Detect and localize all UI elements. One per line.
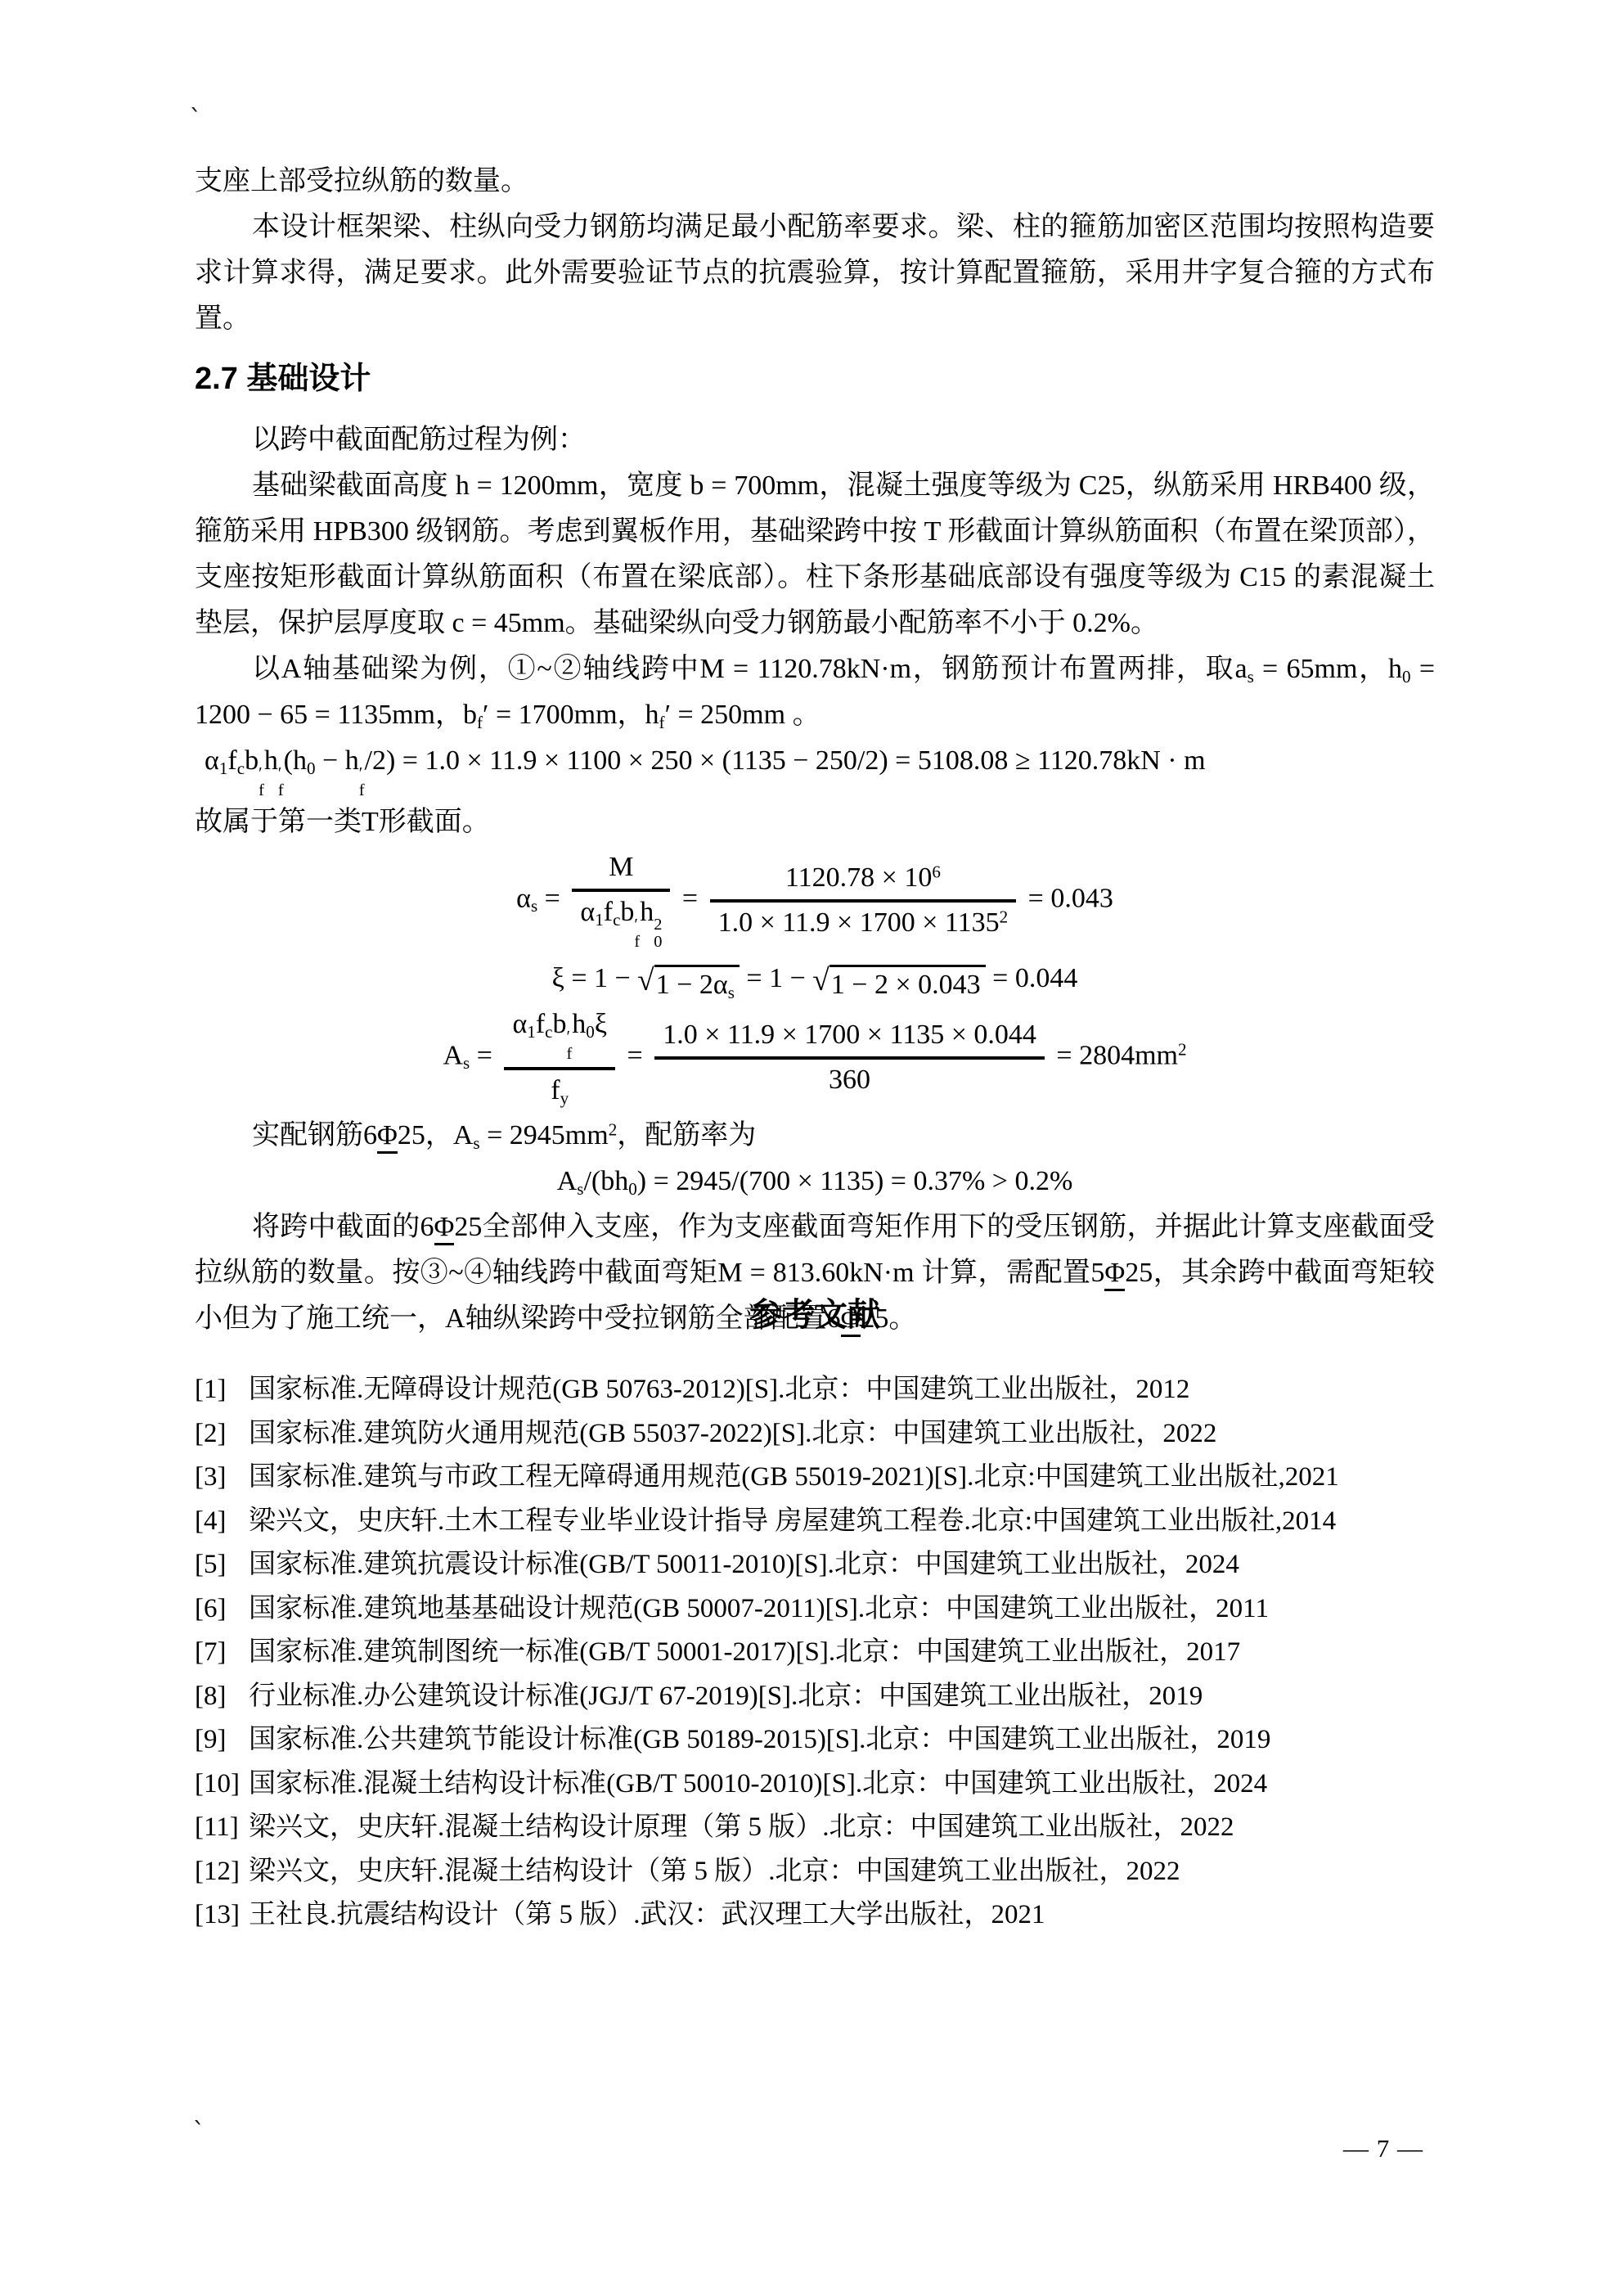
reference-item: [2]国家标准.建筑防火通用规范(GB 55037-2022)[S].北京：中国…: [195, 1412, 1435, 1456]
reference-item: [8]行业标准.办公建筑设计标准(JGJ/T 67-2019)[S].北京：中国…: [195, 1675, 1435, 1719]
reference-text: 行业标准.办公建筑设计标准(JGJ/T 67-2019)[S].北京：中国建筑工…: [249, 1675, 1435, 1719]
reference-number: [6]: [195, 1587, 249, 1632]
equation-xi: ξ = 1 − √1 − 2αs = 1 − √1 − 2 × 0.043 = …: [195, 956, 1435, 1002]
document-page: ` 支座上部受拉纵筋的数量。 本设计框架梁、柱纵向受力钢筋均满足最小配筋率要求。…: [0, 0, 1623, 2296]
reference-text: 国家标准.无障碍设计规范(GB 50763-2012)[S].北京：中国建筑工业…: [249, 1368, 1435, 1412]
paragraph-design-summary: 本设计框架梁、柱纵向受力钢筋均满足最小配筋率要求。梁、柱的箍筋加密区范围均按照构…: [195, 205, 1435, 342]
equation-alpha-s: αs = Mα1fcb′fh20 = 1120.78 × 1061.0 × 11…: [195, 850, 1435, 951]
reference-number: [13]: [195, 1893, 249, 1938]
reference-text: 王社良.抗震结构设计（第 5 版）.武汉：武汉理工大学出版社，2021: [249, 1893, 1435, 1938]
reference-number: [8]: [195, 1675, 249, 1719]
paragraph-example-intro: 以跨中截面配筋过程为例：: [195, 417, 1435, 463]
reference-item: [10]国家标准.混凝土结构设计标准(GB/T 50010-2010)[S].北…: [195, 1763, 1435, 1807]
reference-item: [5]国家标准.建筑抗震设计标准(GB/T 50011-2010)[S].北京：…: [195, 1543, 1435, 1587]
reference-text: 梁兴文，史庆轩.混凝土结构设计原理（第 5 版）.北京：中国建筑工业出版社，20…: [249, 1806, 1435, 1850]
paragraph-t-section-conclusion: 故属于第一类T形截面。: [195, 799, 1435, 845]
reference-text: 国家标准.建筑地基基础设计规范(GB 50007-2011)[S].北京：中国建…: [249, 1587, 1435, 1632]
reference-item: [12]梁兴文，史庆轩.混凝土结构设计（第 5 版）.北京：中国建筑工业出版社，…: [195, 1850, 1435, 1894]
references-section: 参考文献 [1]国家标准.无障碍设计规范(GB 50763-2012)[S].北…: [195, 1294, 1435, 1938]
section-heading-foundation-design: 2.7 基础设计: [195, 360, 1435, 398]
reference-number: [4]: [195, 1500, 249, 1544]
reference-text: 国家标准.混凝土结构设计标准(GB/T 50010-2010)[S].北京：中国…: [249, 1763, 1435, 1807]
equation-reinforcement-ratio-check: As/(bh0) = 2945/(700 × 1135) = 0.37% > 0…: [195, 1159, 1435, 1204]
reference-text: 国家标准.建筑与市政工程无障碍通用规范(GB 55019-2021)[S].北京…: [249, 1456, 1435, 1500]
reference-number: [9]: [195, 1718, 249, 1763]
reference-number: [5]: [195, 1543, 249, 1587]
reference-number: [11]: [195, 1806, 249, 1850]
reference-number: [7]: [195, 1631, 249, 1675]
references-list: [1]国家标准.无障碍设计规范(GB 50763-2012)[S].北京：中国建…: [195, 1368, 1435, 1938]
reference-item: [13]王社良.抗震结构设计（第 5 版）.武汉：武汉理工大学出版社，2021: [195, 1893, 1435, 1938]
reference-item: [4]梁兴文，史庆轩.土木工程专业毕业设计指导 房屋建筑工程卷.北京:中国建筑工…: [195, 1500, 1435, 1544]
page-content: 支座上部受拉纵筋的数量。 本设计框架梁、柱纵向受力钢筋均满足最小配筋率要求。梁、…: [195, 159, 1435, 1342]
reference-item: [7]国家标准.建筑制图统一标准(GB/T 50001-2017)[S].北京：…: [195, 1631, 1435, 1675]
reference-number: [1]: [195, 1368, 249, 1412]
paragraph-axis-a-example: 以A轴基础梁为例，①~②轴线跨中M = 1120.78kN·m，钢筋预计布置两排…: [195, 646, 1435, 738]
reference-number: [12]: [195, 1850, 249, 1894]
reference-text: 国家标准.建筑抗震设计标准(GB/T 50011-2010)[S].北京：中国建…: [249, 1543, 1435, 1587]
reference-item: [9]国家标准.公共建筑节能设计标准(GB 50189-2015)[S].北京：…: [195, 1718, 1435, 1763]
equation-flange-capacity-check: α1fcb′fh′f(h0 − h′f/2) = 1.0 × 11.9 × 11…: [195, 738, 1435, 799]
reference-item: [6]国家标准.建筑地基基础设计规范(GB 50007-2011)[S].北京：…: [195, 1587, 1435, 1632]
paragraph-beam-parameters: 基础梁截面高度 h = 1200mm，宽度 b = 700mm，混凝土强度等级为…: [195, 463, 1435, 646]
reference-text: 梁兴文，史庆轩.混凝土结构设计（第 5 版）.北京：中国建筑工业出版社，2022: [249, 1850, 1435, 1894]
reference-item: [1]国家标准.无障碍设计规范(GB 50763-2012)[S].北京：中国建…: [195, 1368, 1435, 1412]
paragraph-support-rebar-count: 支座上部受拉纵筋的数量。: [195, 159, 1435, 205]
reference-number: [3]: [195, 1456, 249, 1500]
reference-item: [11]梁兴文，史庆轩.混凝土结构设计原理（第 5 版）.北京：中国建筑工业出版…: [195, 1806, 1435, 1850]
page-number: — 7 —: [1343, 2134, 1423, 2163]
reference-text: 梁兴文，史庆轩.土木工程专业毕业设计指导 房屋建筑工程卷.北京:中国建筑工业出版…: [249, 1500, 1435, 1544]
equation-required-as: As = α1fcb′fh0ξfy = 1.0 × 11.9 × 1700 × …: [195, 1007, 1435, 1108]
reference-text: 国家标准.建筑制图统一标准(GB/T 50001-2017)[S].北京：中国建…: [249, 1631, 1435, 1675]
reference-text: 国家标准.建筑防火通用规范(GB 55037-2022)[S].北京：中国建筑工…: [249, 1412, 1435, 1456]
reference-item: [3]国家标准.建筑与市政工程无障碍通用规范(GB 55019-2021)[S]…: [195, 1456, 1435, 1500]
references-heading: 参考文献: [195, 1294, 1435, 1335]
reference-number: [10]: [195, 1763, 249, 1807]
reference-number: [2]: [195, 1412, 249, 1456]
reference-text: 国家标准.公共建筑节能设计标准(GB 50189-2015)[S].北京：中国建…: [249, 1718, 1435, 1763]
stray-tick-top: `: [188, 105, 203, 133]
paragraph-provided-rebar: 实配钢筋6Φ25，As = 2945mm2，配筋率为: [195, 1113, 1435, 1159]
stray-tick-bottom: `: [191, 2118, 206, 2146]
